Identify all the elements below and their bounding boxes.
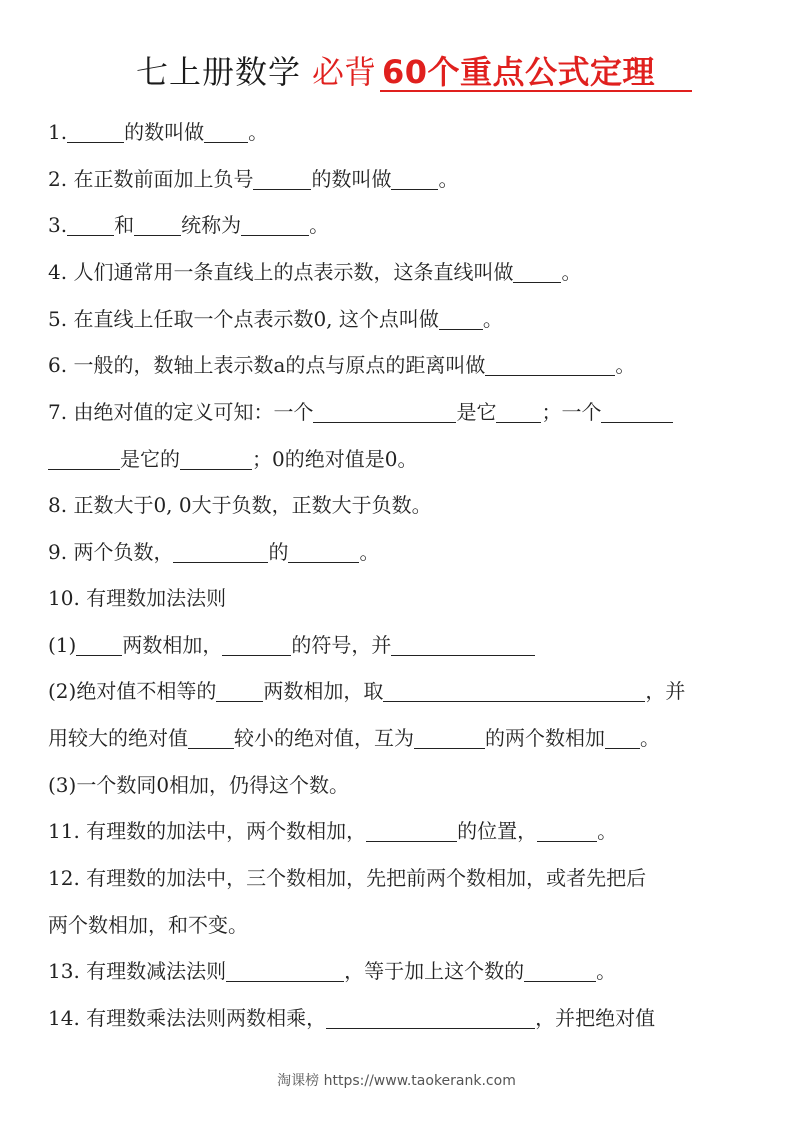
- line-text: 11. 有理数的加法中，两个数相加，: [48, 816, 366, 846]
- fill-in-blank[interactable]: [241, 213, 309, 236]
- line-text: 。: [615, 350, 635, 380]
- page-title: 七上册数学 必背 60个重点公式定理: [0, 50, 793, 98]
- worksheet-line-l4: 4. 人们通常用一条直线上的点表示数，这条直线叫做。: [48, 257, 581, 287]
- line-text: 6. 一般的，数轴上表示数a的点与原点的距离叫做: [48, 350, 485, 380]
- line-text: 和: [114, 210, 134, 240]
- title-red-bold-part: 60个重点公式定理: [382, 50, 655, 94]
- fill-in-blank[interactable]: [288, 540, 359, 563]
- fill-in-blank[interactable]: [605, 726, 640, 749]
- line-text: 的符号，并: [291, 630, 391, 660]
- line-text: 8. 正数大于0, 0大于负数，正数大于负数。: [48, 490, 432, 520]
- fill-in-blank[interactable]: [216, 679, 263, 702]
- worksheet-line-l3: 3. 和统称为。: [48, 210, 329, 240]
- title-black-part: 七上册数学: [136, 50, 301, 94]
- fill-in-blank[interactable]: [222, 633, 291, 656]
- line-text: 。: [248, 117, 268, 147]
- line-text: ，并: [645, 676, 685, 706]
- line-text: ，等于加上这个数的: [344, 956, 524, 986]
- worksheet-line-l7: 7. 由绝对值的定义可知：一个是它；一个: [48, 397, 673, 427]
- worksheet-line-l13: 13. 有理数减法法则，等于加上这个数的。: [48, 956, 616, 986]
- worksheet-line-l12: 12. 有理数的加法中，三个数相加，先把前两个数相加，或者先把后: [48, 863, 646, 893]
- fill-in-blank[interactable]: [513, 260, 561, 283]
- fill-in-blank[interactable]: [326, 1006, 535, 1029]
- line-text: 的数叫做: [124, 117, 204, 147]
- line-text: 的位置，: [457, 816, 537, 846]
- fill-in-blank[interactable]: [414, 726, 485, 749]
- line-text: 5. 在直线上任取一个点表示数0, 这个点叫做: [48, 304, 439, 334]
- line-text: 2. 在正数前面加上负号: [48, 164, 253, 194]
- fill-in-blank[interactable]: [313, 400, 456, 423]
- line-text: ，并把绝对值: [535, 1003, 655, 1033]
- line-text: 。: [438, 164, 458, 194]
- worksheet-line-l12b: 两个数相加，和不变。: [48, 910, 248, 940]
- fill-in-blank[interactable]: [524, 959, 596, 982]
- line-text: 是它的: [120, 444, 180, 474]
- worksheet-line-l6: 6. 一般的，数轴上表示数a的点与原点的距离叫做。: [48, 350, 635, 380]
- line-text: 的: [268, 537, 288, 567]
- line-text: (2)绝对值不相等的: [48, 676, 216, 706]
- fill-in-blank[interactable]: [601, 400, 673, 423]
- line-text: 12. 有理数的加法中，三个数相加，先把前两个数相加，或者先把后: [48, 863, 646, 893]
- worksheet-line-l8: 8. 正数大于0, 0大于负数，正数大于负数。: [48, 490, 432, 520]
- line-text: 的两个数相加: [485, 723, 605, 753]
- fill-in-blank[interactable]: [439, 307, 483, 330]
- fill-in-blank[interactable]: [188, 726, 234, 749]
- worksheet-line-l7b: 是它的；0的绝对值是0。: [48, 444, 417, 474]
- fill-in-blank[interactable]: [366, 819, 457, 842]
- line-text: ；一个: [541, 397, 601, 427]
- fill-in-blank[interactable]: [180, 447, 252, 470]
- fill-in-blank[interactable]: [383, 679, 645, 702]
- title-red-part: 必背: [312, 50, 376, 94]
- worksheet-line-l10: 10. 有理数加法法则: [48, 583, 226, 613]
- line-text: (1): [48, 630, 76, 660]
- fill-in-blank[interactable]: [391, 633, 535, 656]
- line-text: 10. 有理数加法法则: [48, 583, 226, 613]
- line-text: 是它: [456, 397, 496, 427]
- line-text: 两数相加，取: [263, 676, 383, 706]
- line-text: (3)一个数同0相加，仍得这个数。: [48, 770, 349, 800]
- worksheet-line-l2: 2. 在正数前面加上负号的数叫做。: [48, 164, 458, 194]
- line-text: 。: [483, 304, 503, 334]
- worksheet-line-l14: 14. 有理数乘法法则两数相乘，，并把绝对值: [48, 1003, 655, 1033]
- fill-in-blank[interactable]: [226, 959, 344, 982]
- line-text: 3.: [48, 210, 67, 240]
- worksheet-line-l1: 1. 的数叫做。: [48, 117, 268, 147]
- worksheet-line-l9: 9. 两个负数，的。: [48, 537, 379, 567]
- line-text: 。: [596, 956, 616, 986]
- line-text: 用较大的绝对值: [48, 723, 188, 753]
- worksheet-line-l11: 11. 有理数的加法中，两个数相加，的位置，。: [48, 816, 617, 846]
- line-text: 。: [359, 537, 379, 567]
- fill-in-blank[interactable]: [391, 167, 438, 190]
- line-text: 9. 两个负数，: [48, 537, 173, 567]
- footer-watermark: 淘课榜 https://www.taokerank.com: [0, 1070, 793, 1090]
- fill-in-blank[interactable]: [485, 353, 615, 376]
- fill-in-blank[interactable]: [253, 167, 311, 190]
- worksheet-line-l10-2b: 用较大的绝对值较小的绝对值，互为的两个数相加。: [48, 723, 660, 753]
- line-text: 13. 有理数减法法则: [48, 956, 226, 986]
- line-text: 的数叫做: [311, 164, 391, 194]
- line-text: 7. 由绝对值的定义可知：一个: [48, 397, 313, 427]
- line-text: ；0的绝对值是0。: [252, 444, 417, 474]
- worksheet-line-l10-1: (1)两数相加，的符号，并: [48, 630, 535, 660]
- title-underline: [380, 90, 692, 92]
- line-text: 两个数相加，和不变。: [48, 910, 248, 940]
- fill-in-blank[interactable]: [496, 400, 541, 423]
- line-text: 两数相加，: [122, 630, 222, 660]
- line-text: 统称为: [181, 210, 241, 240]
- fill-in-blank[interactable]: [76, 633, 122, 656]
- fill-in-blank[interactable]: [537, 819, 597, 842]
- line-text: 。: [309, 210, 329, 240]
- line-text: 1.: [48, 117, 67, 147]
- worksheet-line-l5: 5. 在直线上任取一个点表示数0, 这个点叫做。: [48, 304, 503, 334]
- line-text: 。: [561, 257, 581, 287]
- worksheet-line-l10-2: (2)绝对值不相等的两数相加，取，并: [48, 676, 685, 706]
- line-text: 。: [597, 816, 617, 846]
- line-text: 4. 人们通常用一条直线上的点表示数，这条直线叫做: [48, 257, 513, 287]
- fill-in-blank[interactable]: [48, 447, 120, 470]
- fill-in-blank[interactable]: [173, 540, 268, 563]
- line-text: 较小的绝对值，互为: [234, 723, 414, 753]
- fill-in-blank[interactable]: [204, 120, 248, 143]
- line-text: 14. 有理数乘法法则两数相乘，: [48, 1003, 326, 1033]
- fill-in-blank[interactable]: [67, 120, 124, 143]
- line-text: 。: [640, 723, 660, 753]
- fill-in-blank[interactable]: [67, 213, 114, 236]
- worksheet-line-l10-3: (3)一个数同0相加，仍得这个数。: [48, 770, 349, 800]
- fill-in-blank[interactable]: [134, 213, 181, 236]
